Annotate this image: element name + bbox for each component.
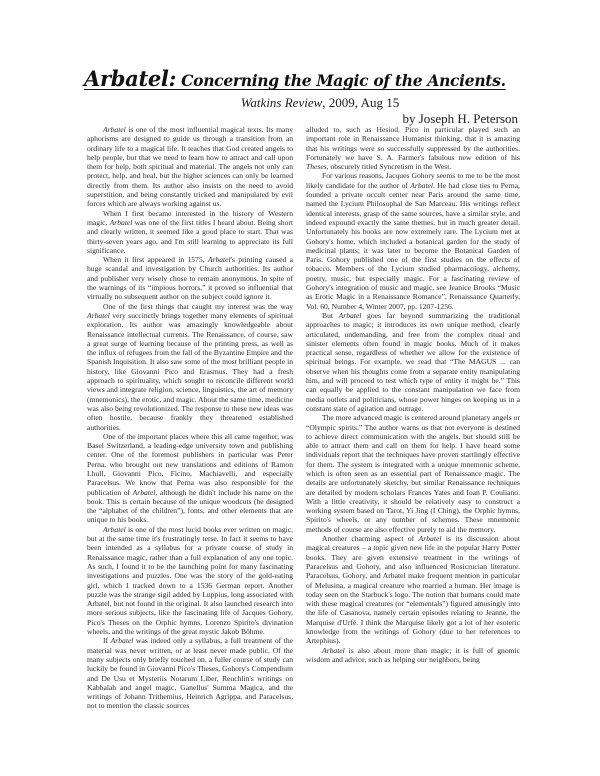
- italic-title: Arbatel: [110, 218, 133, 227]
- paragraph: One of the important places where this a…: [87, 432, 293, 525]
- paragraph: One of the first things that caught my i…: [87, 302, 293, 432]
- paragraph: The more advanced magic is centered arou…: [306, 413, 520, 534]
- paragraph: If Arbatel was indeed only a syllabus, a…: [87, 636, 293, 710]
- paragraph: Another charming aspect of Arbatel is it…: [306, 534, 520, 646]
- left-column: Arbatel is one of the most influential m…: [87, 125, 293, 711]
- publication-date: , 2009, Aug 15: [322, 95, 399, 110]
- source-line: Watkins Review, 2009, Aug 15: [0, 95, 600, 111]
- paragraph: Arbatel is one of the most influential m…: [87, 125, 293, 209]
- italic-title: Arbatel: [87, 311, 110, 320]
- paragraph: Arbatel is also about more than magic; i…: [306, 646, 520, 665]
- italic-title: Arbatel: [410, 181, 433, 190]
- italic-title: Arbatel: [103, 525, 126, 534]
- paragraph: Arbatel is one of the most lucid books e…: [87, 525, 293, 637]
- paragraph: When I first became interested in the hi…: [87, 209, 293, 255]
- italic-title: Arbatel: [111, 636, 134, 645]
- publication-name: Watkins Review: [241, 95, 322, 110]
- right-column: alluded to, such as Hesiod. Pico in part…: [306, 125, 520, 664]
- paragraph: alluded to, such as Hesiod. Pico in part…: [306, 125, 520, 171]
- paragraph: For various reasons, Jacques Gohory seem…: [306, 171, 520, 310]
- title-subtitle: Concerning the Magic of the Ancients.: [176, 71, 506, 90]
- title-main: Arbatel:: [84, 66, 176, 91]
- italic-title: Arbatel: [133, 488, 156, 497]
- article-title: Arbatel: Concerning the Magic of the Anc…: [84, 66, 506, 91]
- document-page: Arbatel: Concerning the Magic of the Anc…: [0, 0, 600, 776]
- italic-title: Arbatel: [419, 534, 442, 543]
- paragraph: But Arbatel goes far beyond summarizing …: [306, 311, 520, 413]
- paragraph: When it first appeared in 1575, Arbatel'…: [87, 255, 293, 301]
- italic-title: Arbatel: [322, 646, 345, 655]
- italic-title: Theses: [306, 162, 327, 171]
- italic-title: Arbatel: [103, 125, 126, 134]
- italic-title: Arbatel: [208, 255, 231, 264]
- italic-title: Arbatel: [339, 311, 362, 320]
